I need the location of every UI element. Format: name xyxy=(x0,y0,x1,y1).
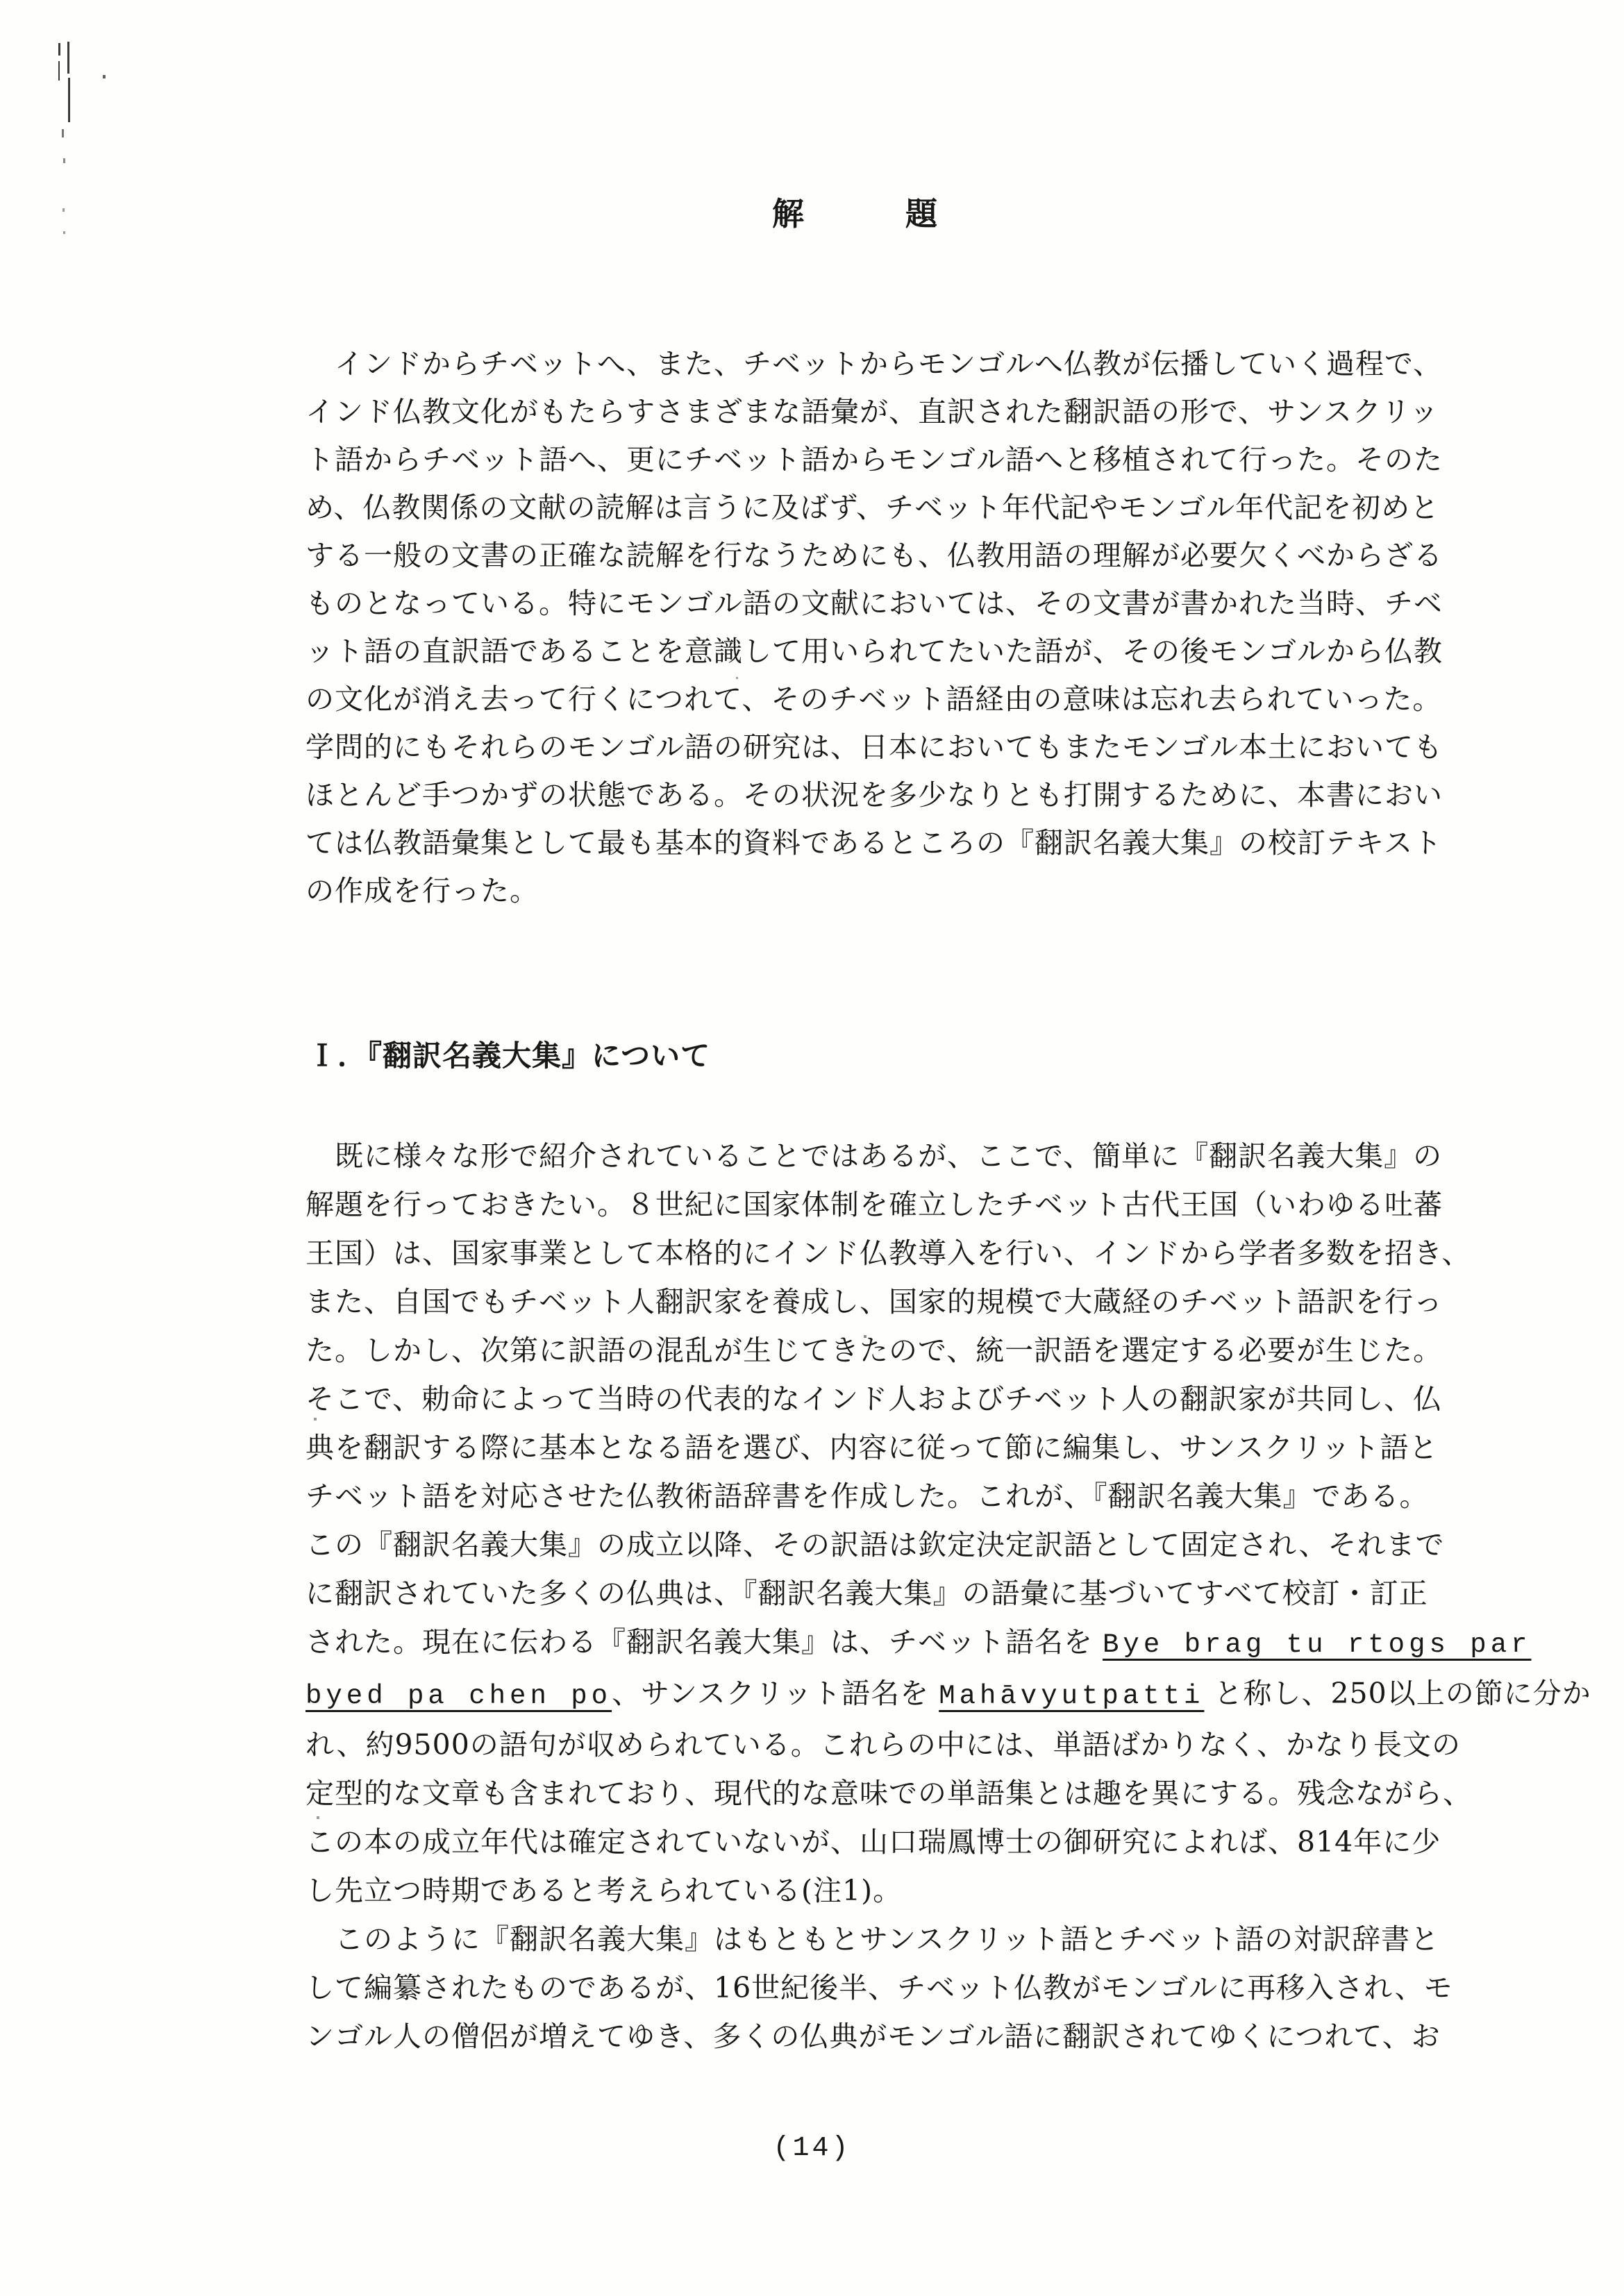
scan-artifact xyxy=(103,75,106,78)
page-number: (14) xyxy=(0,2133,1624,2164)
text-line: 王国）は、国家事業として本格的にインド仏教導入を行い、インドから学者多数を招き、 xyxy=(305,1229,1527,1277)
scan-artifact xyxy=(58,43,60,56)
text-line: そこで、勅命によって当時の代表的なインド人およびチベット人の翻訳家が共同し、仏 xyxy=(305,1375,1527,1423)
text-line: 既に様々な形で紹介されていることではあるが、ここで、簡単に『翻訳名義大集』の xyxy=(305,1132,1527,1180)
text-line: インド仏教文化がもたらすさまざまな語彙が、直訳された翻訳語の形で、サンスクリッ xyxy=(305,388,1527,436)
text-line-with-sanskrit-name: byed pa chen po、サンスクリット語名を Mahāvyutpatti… xyxy=(305,1669,1527,1720)
text-line-with-tibetan-name: された。現在に伝わる『翻訳名義大集』は、チベット語名を Bye brag tu … xyxy=(305,1618,1527,1669)
scan-artifact xyxy=(67,42,69,74)
scan-artifact xyxy=(68,78,70,122)
text-line: た。しかし、次第に訳語の混乱が生じてきたので、統一訳語を選定する必要が生じた。 xyxy=(305,1326,1527,1375)
text-segment: された。現在に伝わる『翻訳名義大集』は、チベット語名を xyxy=(305,1625,1103,1659)
text-line: ット語の直訳語であることを意識して用いられてたいた語が、その後モンゴルから仏教 xyxy=(305,628,1527,676)
sanskrit-title-latin: Mahāvyutpatti xyxy=(939,1681,1204,1711)
text-line: チベット語を対応させた仏教術語辞書を作成した。これが、『翻訳名義大集』である。 xyxy=(305,1472,1527,1520)
text-line: ほとんど手つかずの状態である。その状況を多少なりとも打開するために、本書におい xyxy=(305,771,1527,819)
text-line: する一般の文書の正確な読解を行なうためにも、仏教用語の理解が必要欠くべからざる xyxy=(305,532,1527,580)
section-heading: Ｉ．『翻訳名義大集』について xyxy=(308,1033,710,1075)
text-segment: 、サンスクリット語名を xyxy=(612,1677,939,1710)
scan-artifact xyxy=(63,231,65,234)
text-segment: と称し、250以上の節に分か xyxy=(1204,1677,1591,1710)
scan-artifact xyxy=(63,158,65,163)
text-line: れ、約9500の語句が収められている。これらの中には、単語ばかりなく、かなり長文… xyxy=(305,1720,1527,1769)
text-line: 学問的にもそれらのモンゴル語の研究は、日本においてもまたモンゴル本土においても xyxy=(305,723,1527,771)
text-line: この本の成立年代は確定されていないが、山口瑞鳳博士の御研究によれば、814年に少 xyxy=(305,1818,1527,1866)
text-line: ト語からチベット語へ、更にチベット語からモンゴル語へと移植されて行った。そのた xyxy=(305,436,1527,484)
text-line: ものとなっている。特にモンゴル語の文献においては、その文書が書かれた当時、チベ xyxy=(305,580,1527,628)
text-line: して編纂されたものであるが、16世紀後半、チベット仏教がモンゴルに再移入され、モ xyxy=(305,1963,1527,2012)
scan-artifact xyxy=(62,208,65,212)
text-line: の作成を行った。 xyxy=(305,867,1527,915)
text-line: また、自国でもチベット人翻訳家を養成し、国家的規模で大蔵経のチベット語訳を行っ xyxy=(305,1277,1527,1326)
text-line: の文化が消え去って行くにつれて、そのチベット語経由の意味は忘れ去られていった。 xyxy=(305,676,1527,723)
scan-artifact xyxy=(58,61,60,81)
scanned-document-page: 解 題 インドからチベットへ、また、チベットからモンゴルへ仏教が伝播していく過程… xyxy=(0,0,1624,2296)
tibetan-title-latin-continued: byed pa chen po xyxy=(305,1681,612,1711)
document-title: 解 題 xyxy=(772,189,939,235)
text-line: し先立つ時期であると考えられている(注1)。 xyxy=(305,1866,1527,1915)
text-line: 定型的な文章も含まれており、現代的な意味での単語集とは趣を異にする。残念ながら、 xyxy=(305,1769,1527,1818)
text-line: ては仏教語彙集として最も基本的資料であるところの『翻訳名義大集』の校訂テキスト xyxy=(305,819,1527,867)
text-line: インドからチベットへ、また、チベットからモンゴルへ仏教が伝播していく過程で、 xyxy=(305,340,1527,388)
tibetan-title-latin: Bye brag tu rtogs par xyxy=(1103,1629,1531,1660)
text-line: に翻訳されていた多くの仏典は、『翻訳名義大集』の語彙に基づいてすべて校訂・訂正 xyxy=(305,1569,1527,1618)
text-line: 典を翻訳する際に基本となる語を選び、内容に従って節に編集し、サンスクリット語と xyxy=(305,1423,1527,1472)
text-line: 解題を行っておきたい。８世紀に国家体制を確立したチベット古代王国（いわゆる吐蕃 xyxy=(305,1180,1527,1229)
scan-artifact xyxy=(62,129,64,137)
text-line: このように『翻訳名義大集』はもともとサンスクリット語とチベット語の対訳辞書と xyxy=(305,1915,1527,1963)
section-body-paragraph: 既に様々な形で紹介されていることではあるが、ここで、簡単に『翻訳名義大集』の 解… xyxy=(305,1132,1527,2061)
text-line: め、仏教関係の文献の読解は言うに及ばず、チベット年代記やモンゴル年代記を初めと xyxy=(305,484,1527,532)
intro-paragraph: インドからチベットへ、また、チベットからモンゴルへ仏教が伝播していく過程で、 イ… xyxy=(305,340,1527,915)
text-line: ンゴル人の僧侶が増えてゆき、多くの仏典がモンゴル語に翻訳されてゆくにつれて、お xyxy=(305,2012,1527,2061)
text-line: この『翻訳名義大集』の成立以降、その訳語は欽定決定訳語として固定され、それまで xyxy=(305,1520,1527,1569)
